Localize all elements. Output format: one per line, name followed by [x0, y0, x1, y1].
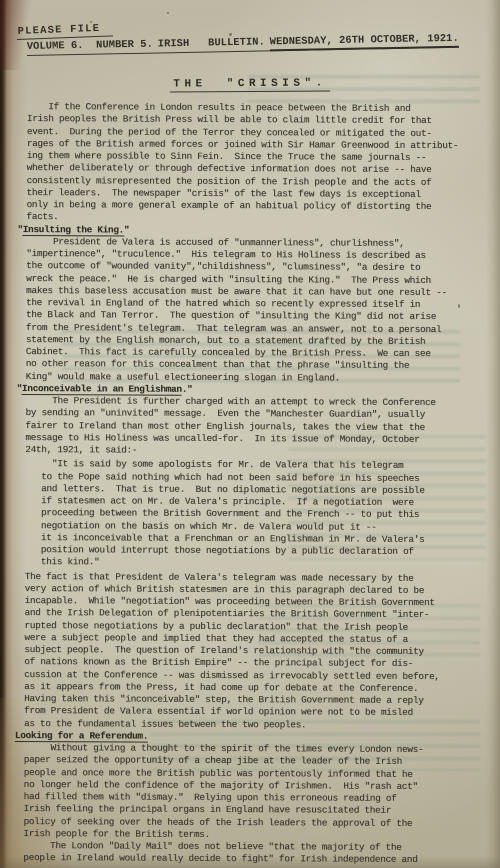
article-headline: THE "CRISIS". [170, 77, 329, 92]
document-page: PLEASE FILE VOLUME 6. NUMBER 5. IRISH BU… [0, 0, 500, 868]
paragraph-referendum: Without giving a thought to the spirit o… [23, 742, 470, 842]
heading-text: Inconceivable in an Englishman [22, 383, 182, 396]
masthead-date: WEDNESDAY, 26TH OCTOBER, 1921. [270, 33, 459, 52]
paragraph-daily-mail: The London "Daily Mail" does not believe… [23, 840, 470, 867]
paragraph-inconceivable: The President is further charged with an… [25, 395, 472, 458]
headline-row: THE "CRISIS". [0, 71, 500, 93]
article-body: If the Conference in London results in p… [23, 101, 474, 867]
heading-text: Insulting the King. [23, 223, 124, 236]
please-file-note: PLEASE FILE [16, 22, 112, 40]
masthead-publication-title: IRISH BULLETIN. [158, 36, 265, 50]
heading-text: Looking for a Referendum. [15, 730, 148, 743]
page-right-edge-shadow [486, 0, 500, 868]
masthead-volume-number: VOLUME 6. NUMBER 5. [27, 39, 153, 53]
paragraph-the-fact-is: The fact is that President de Valera's t… [24, 570, 472, 731]
blockquote-manchester-guardian: "It is said by some apologists for Mr. d… [41, 458, 459, 570]
ink-speck [167, 12, 169, 14]
paragraph-insulting-the-king: President de Valera is accused of "unman… [26, 236, 474, 385]
heading-close-quote: ." [182, 384, 193, 395]
heading-close-quote: " [124, 224, 129, 235]
paragraph-intro: If the Conference in London results in p… [26, 101, 474, 226]
ink-speck [229, 33, 232, 36]
